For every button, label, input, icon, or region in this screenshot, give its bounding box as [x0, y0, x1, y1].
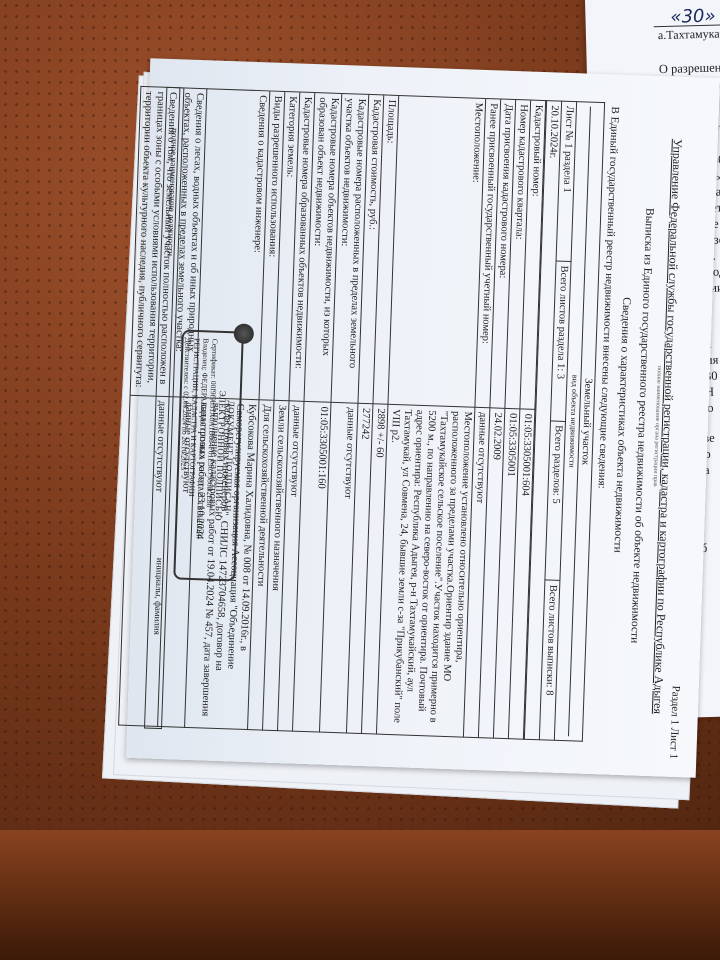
name-caption: инициалы, фамилия — [152, 558, 165, 635]
row-label: Местоположение: — [388, 95, 486, 407]
section-label: Раздел 1 Лист 1 — [667, 685, 682, 759]
extract-page: Раздел 1 Лист 1 Управление Федеральной с… — [126, 58, 720, 777]
page-content-rotated: Раздел 1 Лист 1 Управление Федеральной с… — [141, 69, 704, 767]
row-value: Местоположение установлено относительно … — [376, 404, 474, 737]
side-doc-date: «30» 06 — [585, 0, 720, 28]
page-content: Раздел 1 Лист 1 Управление Федеральной с… — [141, 69, 704, 767]
paper-stack: Раздел 1 Лист 1 Управление Федеральной с… — [48, 40, 668, 780]
position-caption: полное наименование должности — [166, 128, 180, 256]
electronic-signature-stamp: ДОКУМЕНТ ПОДПИСАН ЭЛЕКТРОННОЙ ПОДПИСЬЮ С… — [173, 330, 244, 582]
leather-seat-lower — [0, 830, 720, 960]
